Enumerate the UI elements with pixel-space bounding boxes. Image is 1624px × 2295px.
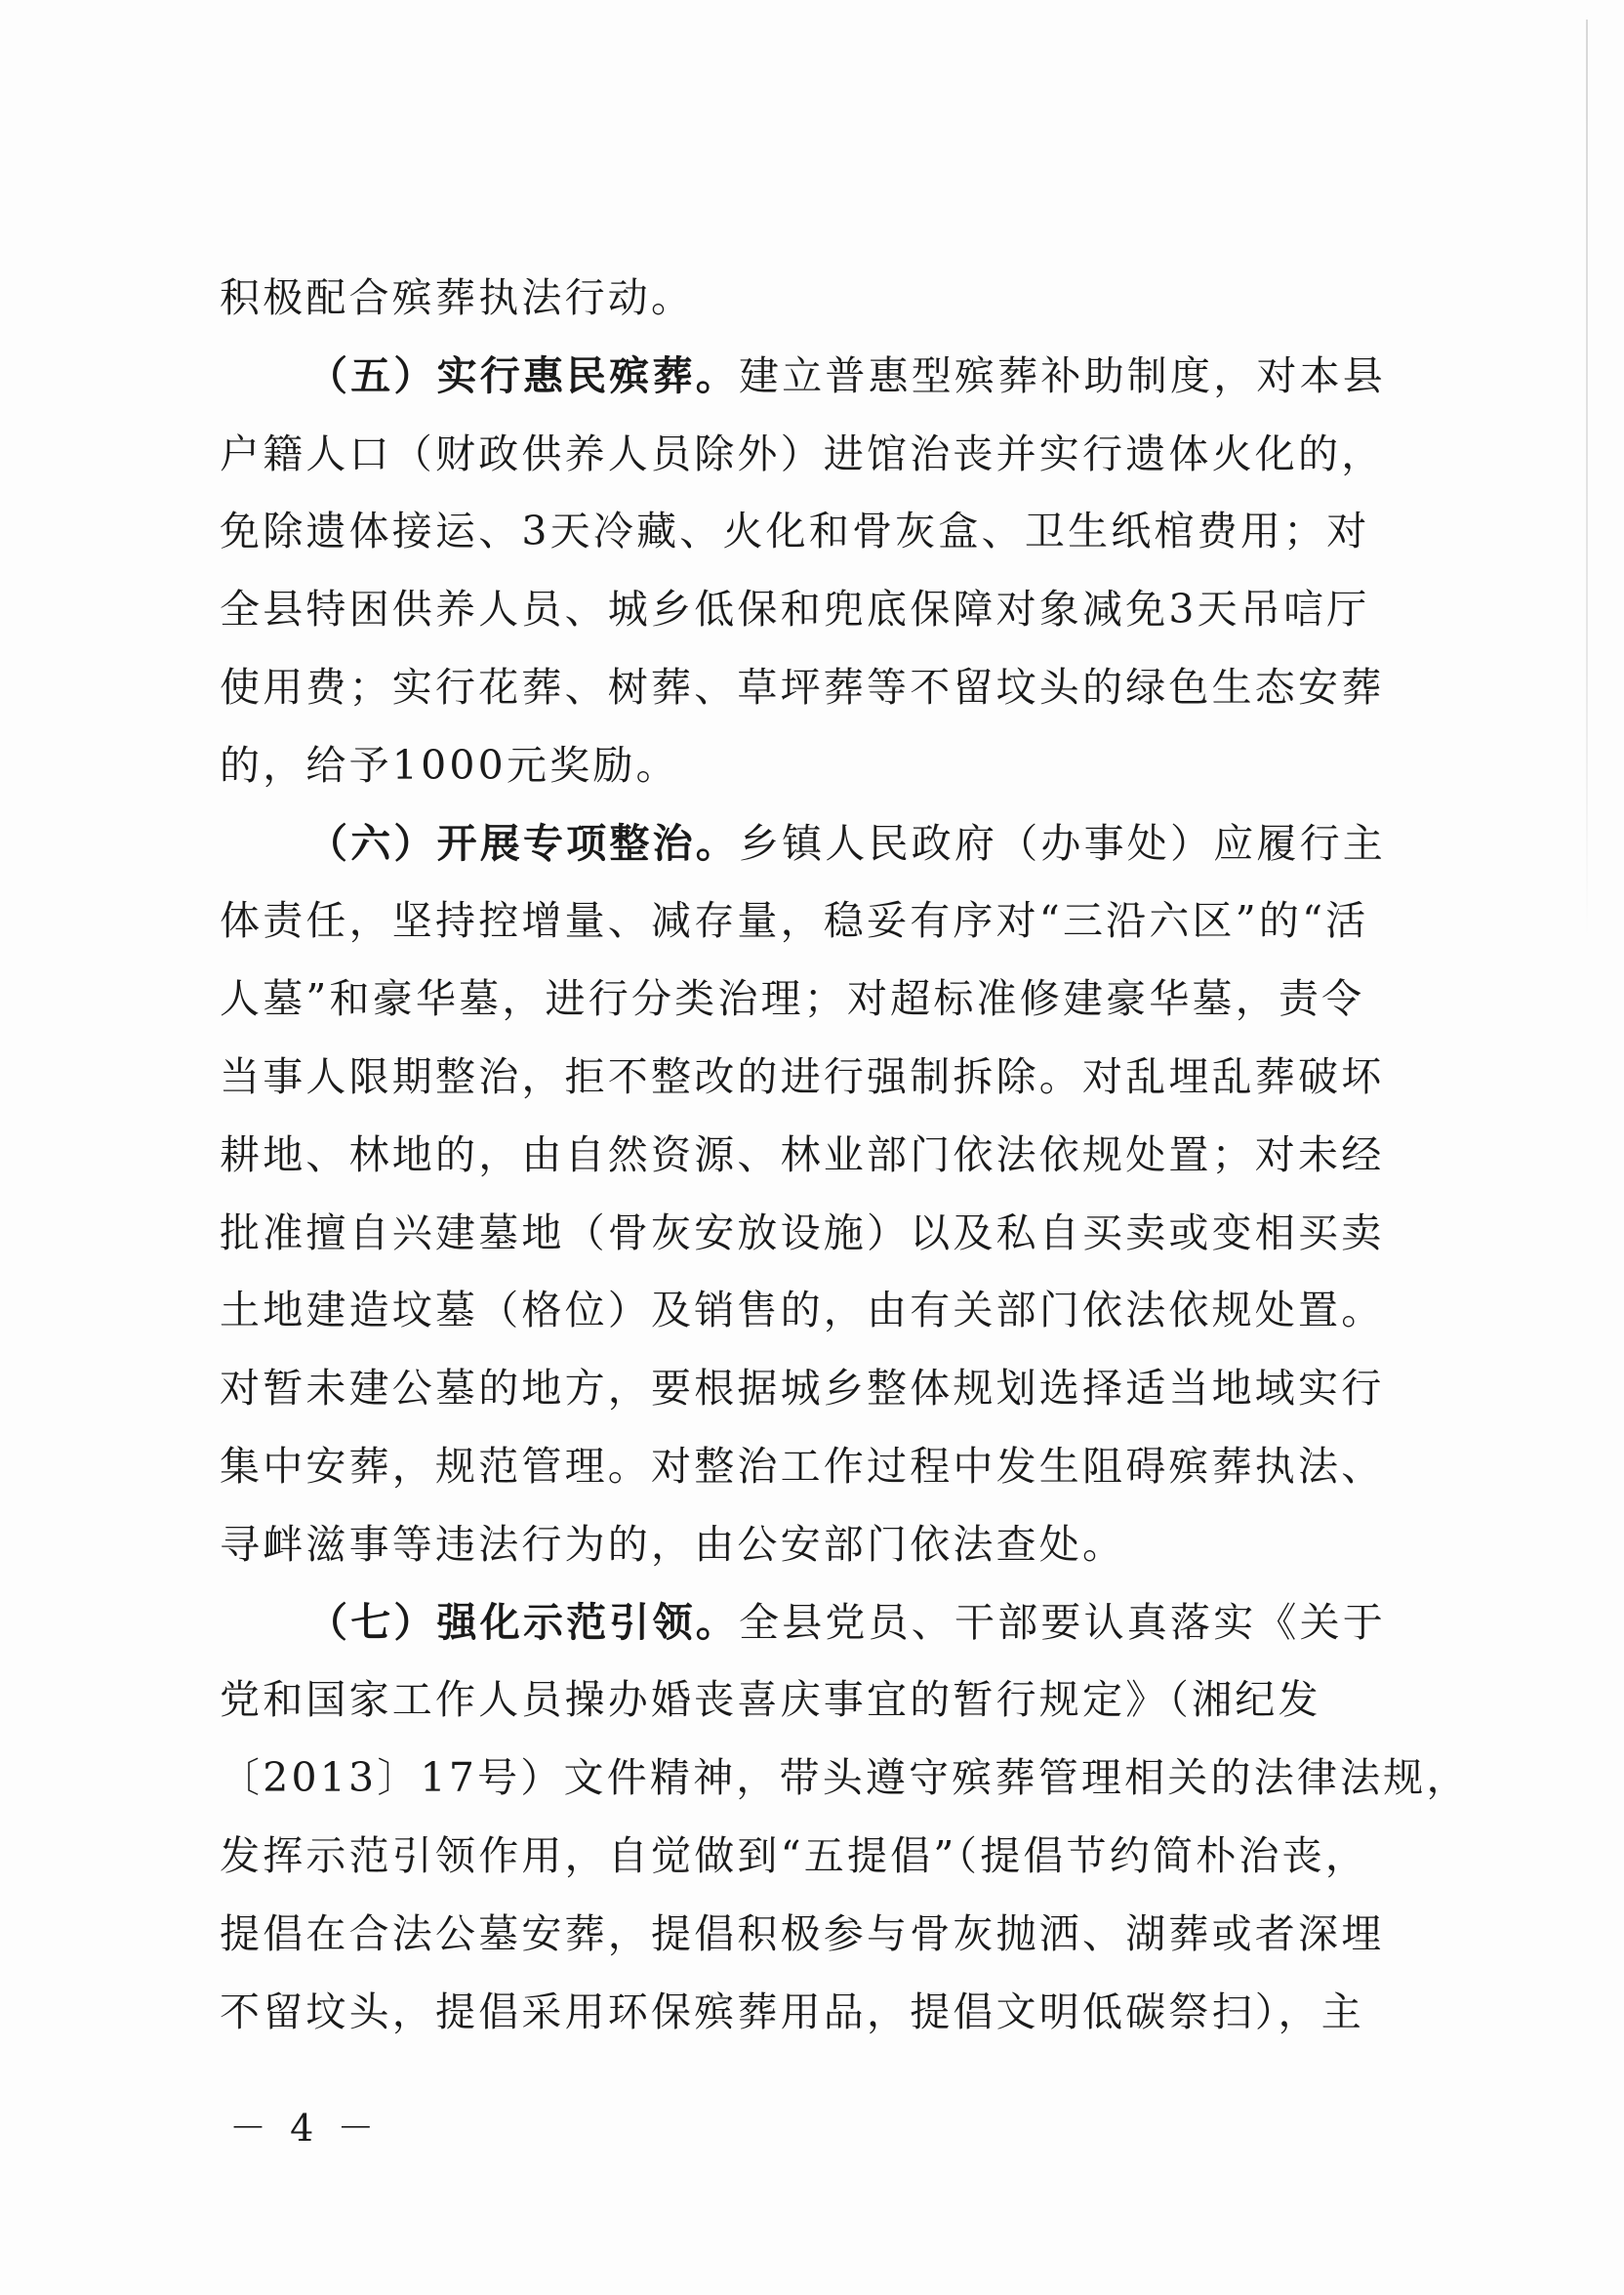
paragraph-line: 免除遗体接运、3天冷藏、火化和骨灰盒、卫生纸棺费用；对	[220, 493, 1363, 571]
paragraph-line: 全县特困供养人员、城乡低保和兜底保障对象减免3天吊唁厅	[220, 571, 1363, 649]
paragraph-line: 体责任，坚持控增量、减存量，稳妥有序对“三沿六区”的“活	[220, 882, 1363, 961]
paragraph-line: 批准擅自兴建墓地（骨灰安放设施）以及私自买卖或变相买卖	[220, 1195, 1363, 1273]
paragraph-line: 积极配合殡葬执法行动。	[220, 260, 1363, 338]
paragraph-line: 土地建造坟墓（格位）及销售的，由有关部门依法依规处置。	[220, 1272, 1363, 1350]
document-body: 积极配合殡葬执法行动。 （五）实行惠民殡葬。建立普惠型殡葬补助制度，对本县 户籍…	[220, 260, 1363, 2051]
paragraph-line: 发挥示范引领作用，自觉做到“五提倡”（提倡节约简朴治丧，	[220, 1818, 1363, 1896]
paragraph-line: 寻衅滋事等违法行为的，由公安部门依法查处。	[220, 1506, 1363, 1584]
paragraph-line: 的，给予1000元奖励。	[220, 727, 1363, 805]
paragraph-line: 不留坟头，提倡采用环保殡葬用品，提倡文明低碳祭扫），主	[220, 1974, 1363, 2052]
section-heading-line: （七）强化示范引领。全县党员、干部要认真落实《关于	[220, 1584, 1363, 1662]
scan-edge-line	[1586, 20, 1588, 937]
paragraph-text: 全县党员、干部要认真落实《关于	[739, 1599, 1386, 1646]
section-heading: （七）强化示范引领。	[307, 1599, 739, 1646]
paragraph-line: 使用费；实行花葬、树葬、草坪葬等不留坟头的绿色生态安葬	[220, 649, 1363, 727]
paragraph-line: 人墓”和豪华墓，进行分类治理；对超标准修建豪华墓，责令	[220, 961, 1363, 1039]
section-heading: （五）实行惠民殡葬。	[307, 352, 739, 399]
page-number: － 4 －	[229, 2107, 380, 2150]
paragraph-line: 提倡在合法公墓安葬，提倡积极参与骨灰抛洒、湖葬或者深埋	[220, 1896, 1363, 1974]
paragraph-line: 当事人限期整治，拒不整改的进行强制拆除。对乱埋乱葬破坏	[220, 1039, 1363, 1117]
section-heading: （六）开展专项整治。	[307, 820, 739, 867]
paragraph-text: 建立普惠型殡葬补助制度，对本县	[739, 352, 1386, 399]
paragraph-line: 耕地、林地的，由自然资源、林业部门依法依规处置；对未经	[220, 1117, 1363, 1195]
document-page: 积极配合殡葬执法行动。 （五）实行惠民殡葬。建立普惠型殡葬补助制度，对本县 户籍…	[0, 0, 1624, 2295]
paragraph-line: 户籍人口（财政供养人员除外）进馆治丧并实行遗体火化的，	[220, 416, 1363, 494]
paragraph-line: 对暂未建公墓的地方，要根据城乡整体规划选择适当地域实行	[220, 1350, 1363, 1428]
paragraph-line: 〔2013〕17号）文件精神，带头遵守殡葬管理相关的法律法规，	[220, 1740, 1363, 1818]
paragraph-line: 集中安葬，规范管理。对整治工作过程中发生阻碍殡葬执法、	[220, 1428, 1363, 1506]
paragraph-text: 乡镇人民政府（办事处）应履行主	[739, 820, 1386, 867]
section-heading-line: （五）实行惠民殡葬。建立普惠型殡葬补助制度，对本县	[220, 338, 1363, 416]
section-heading-line: （六）开展专项整治。乡镇人民政府（办事处）应履行主	[220, 805, 1363, 883]
paragraph-line: 党和国家工作人员操办婚丧喜庆事宜的暂行规定》（湘纪发	[220, 1661, 1363, 1740]
